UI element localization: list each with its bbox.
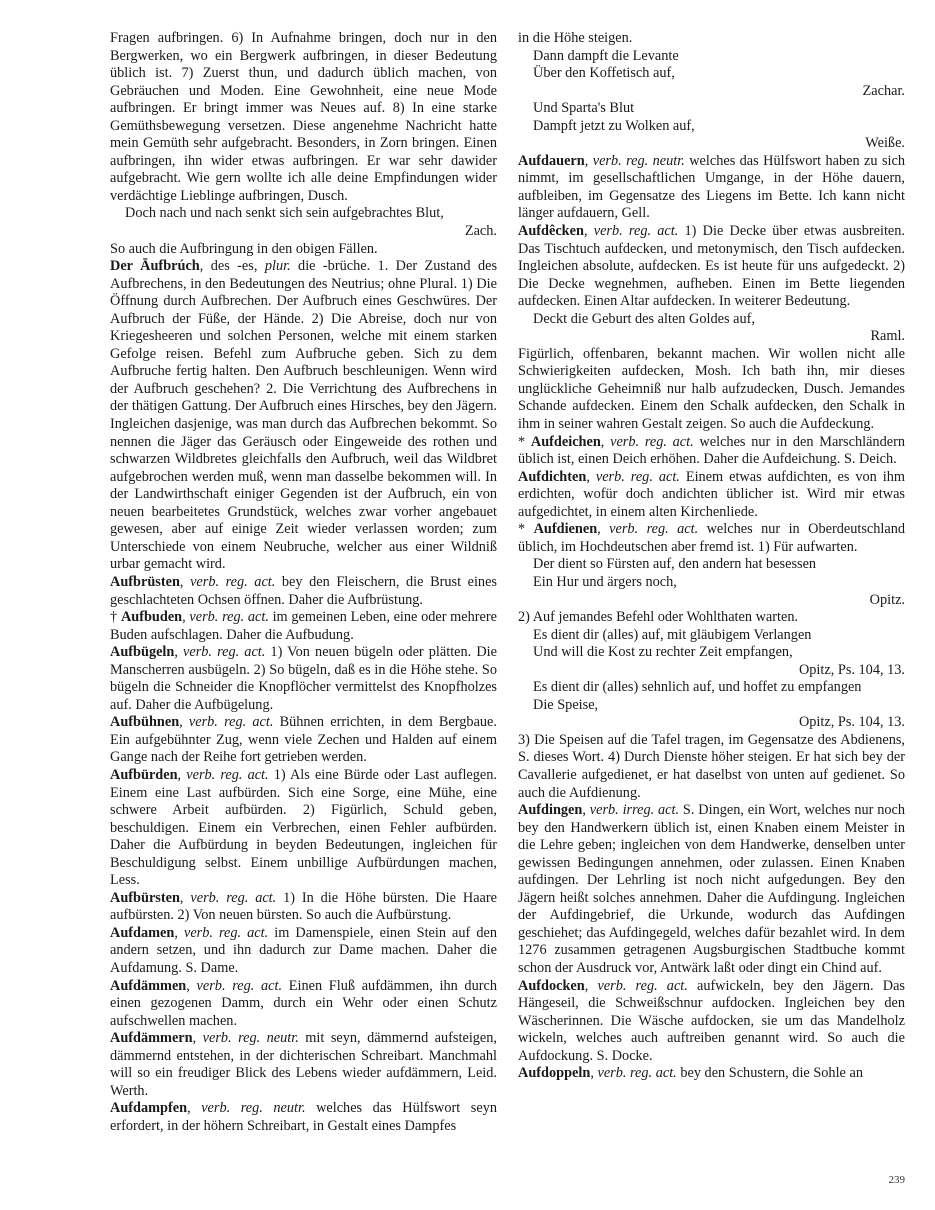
dictionary-entry: Aufdauern, verb. reg. neutr. welches das… [518,153,905,223]
entry-prefix: † [110,609,121,625]
entry-headword: Aufbühnen [110,714,179,730]
entry-grammar: verb. reg. act. [186,767,268,783]
citation-attribution: Zach. [110,223,497,241]
entry-grammar: verb. irreg. act. [590,802,679,818]
entry-headword: Aufbürsten [110,890,180,906]
entry-grammar: verb. reg. act. [594,223,679,239]
dictionary-entry: Aufbrüsten, verb. reg. act. bey den Flei… [110,574,497,609]
entry-body: 1) Als eine Bürde oder Last auflegen. Ei… [110,767,497,888]
page-number: 239 [889,1174,906,1186]
verse-line: Doch nach und nach senkt sich sein aufge… [110,205,497,223]
dictionary-entry: Aufdingen, verb. irreg. act. S. Dingen, … [518,802,905,977]
dictionary-entry: Aufdamen, verb. reg. act. im Damenspiele… [110,925,497,978]
entry-separator: , [179,714,189,730]
dictionary-entry: Aufdêcken, verb. reg. act. 1) Die Decke … [518,223,905,311]
entry-prefix: * [518,434,531,450]
entry-separator: , [187,1100,201,1116]
verse-line: Über den Koffetisch auf, [518,65,905,83]
entry-grammar: verb. reg. act. [610,434,694,450]
verse-line: Ein Hur und ärgers noch, [518,574,905,592]
entry-separator: , [180,574,190,590]
dictionary-entry: Der Āufbrúch, des -es, plur. die -brüche… [110,258,497,574]
entry-headword: Aufdocken [518,978,585,994]
entry-headword: Aufbrüsten [110,574,180,590]
entry-headword: Aufdoppeln [518,1065,590,1081]
entry-prefix: * [518,521,534,537]
entry-grammar: verb. reg. act. [190,890,276,906]
dictionary-entry: Aufdocken, verb. reg. act. aufwickeln, b… [518,978,905,1066]
entry-separator: , [597,521,609,537]
entry-headword: Aufdêcken [518,223,584,239]
citation-attribution: Raml. [518,328,905,346]
dictionary-entry: Aufbürden, verb. reg. act. 1) Als eine B… [110,767,497,890]
right-column: in die Höhe steigen.Dann dampft die Leva… [518,30,905,1083]
entry-headword: Aufdichten [518,469,586,485]
entry-headword: Aufdamen [110,925,174,941]
dictionary-entry: Aufbügeln, verb. reg. act. 1) Von neuen … [110,644,497,714]
entry-grammar: plur. [265,258,291,274]
entry-grammar: verb. reg. neutr. [593,153,685,169]
entry-grammar: verb. reg. act. [596,469,680,485]
entry-body: die -brüche. 1. Der Zustand des Aufbrech… [110,258,497,572]
dictionary-entry: Aufbürsten, verb. reg. act. 1) In die Hö… [110,890,497,925]
entry-separator: , [586,469,596,485]
citation-attribution: Zachar. [518,83,905,101]
entry-separator: , [180,890,190,906]
verse-line: Und will die Kost zu rechter Zeit empfan… [518,644,905,662]
dictionary-entry: Aufdämmern, verb. reg. neutr. mit seyn, … [110,1030,497,1100]
entry-headword: Aufbürden [110,767,178,783]
paragraph: in die Höhe steigen. [518,30,905,48]
entry-grammar: verb. reg. act. [189,714,273,730]
entry-headword: Aufbuden [121,609,182,625]
verse-line: Es dient dir (alles) auf, mit gläubigem … [518,627,905,645]
entry-headword: Aufdeichen [531,434,601,450]
paragraph: Figürlich, offenbaren, bekannt machen. W… [518,346,905,434]
verse-line: Der dient so Fürsten auf, den andern hat… [518,556,905,574]
verse-line: Deckt die Geburt des alten Goldes auf, [518,311,905,329]
entry-separator: , [186,978,196,994]
entry-headword: Aufdämmern [110,1030,193,1046]
entry-headword: Aufdampfen [110,1100,187,1116]
paragraph: Fragen aufbringen. 6) In Aufnahme bringe… [110,30,497,205]
verse-line: Es dient dir (alles) sehnlich auf, und h… [518,679,905,697]
entry-headword: Aufdauern [518,153,585,169]
entry-headword: Der Āufbrúch [110,258,200,274]
entry-grammar: verb. reg. act. [184,925,268,941]
citation-attribution: Weiße. [518,135,905,153]
paragraph: 2) Auf jemandes Befehl oder Wohlthaten w… [518,609,905,627]
entry-grammar: verb. reg. act. [197,978,283,994]
entry-separator: , [601,434,610,450]
entry-separator: , [585,978,598,994]
paragraph: 3) Die Speisen auf die Tafel tragen, im … [518,732,905,802]
entry-separator: , [584,223,594,239]
entry-headword: Aufdingen [518,802,582,818]
dictionary-entry: * Aufdeichen, verb. reg. act. welches nu… [518,434,905,469]
entry-grammar: verb. reg. act. [183,644,265,660]
entry-separator: , [174,925,184,941]
entry-separator: , [585,153,593,169]
citation-attribution: Opitz, Ps. 104, 13. [518,714,905,732]
dictionary-entry: Aufdämmen, verb. reg. act. Einen Fluß au… [110,978,497,1031]
citation-attribution: Opitz. [518,592,905,610]
entry-grammar: verb. reg. neutr. [201,1100,305,1116]
dictionary-entry: * Aufdienen, verb. reg. act. welches nur… [518,521,905,556]
entry-grammar: verb. reg. act. [609,521,698,537]
entry-grammar: verb. reg. act. [189,609,268,625]
dictionary-entry: Aufdoppeln, verb. reg. act. bey den Schu… [518,1065,905,1083]
entry-headword: Aufdämmen [110,978,186,994]
verse-line: Und Sparta's Blut [518,100,905,118]
entry-grammar: verb. reg. neutr. [203,1030,299,1046]
entry-separator: , [178,767,187,783]
entry-separator: , [193,1030,203,1046]
dictionary-entry: † Aufbuden, verb. reg. act. im gemeinen … [110,609,497,644]
verse-line: Dampft jetzt zu Wolken auf, [518,118,905,136]
paragraph: So auch die Aufbringung in den obigen Fä… [110,241,497,259]
dictionary-entry: Aufbühnen, verb. reg. act. Bühnen errich… [110,714,497,767]
entry-grammar: verb. reg. act. [597,1065,676,1081]
entry-separator: , des -es, [200,258,265,274]
verse-line: Die Speise, [518,697,905,715]
entry-headword: Aufbügeln [110,644,174,660]
verse-line: Dann dampft die Levante [518,48,905,66]
entry-grammar: verb. reg. act. [190,574,275,590]
entry-headword: Aufdienen [534,521,598,537]
dictionary-entry: Aufdichten, verb. reg. act. Einem etwas … [518,469,905,522]
entry-grammar: verb. reg. act. [597,978,687,994]
left-column: Fragen aufbringen. 6) In Aufnahme bringe… [110,30,497,1135]
citation-attribution: Opitz, Ps. 104, 13. [518,662,905,680]
dictionary-entry: Aufdampfen, verb. reg. neutr. welches da… [110,1100,497,1135]
entry-body: S. Dingen, ein Wort, welches nur noch be… [518,802,905,976]
entry-separator: , [174,644,183,660]
entry-body: bey den Schustern, die Sohle an [677,1065,863,1081]
entry-separator: , [582,802,589,818]
